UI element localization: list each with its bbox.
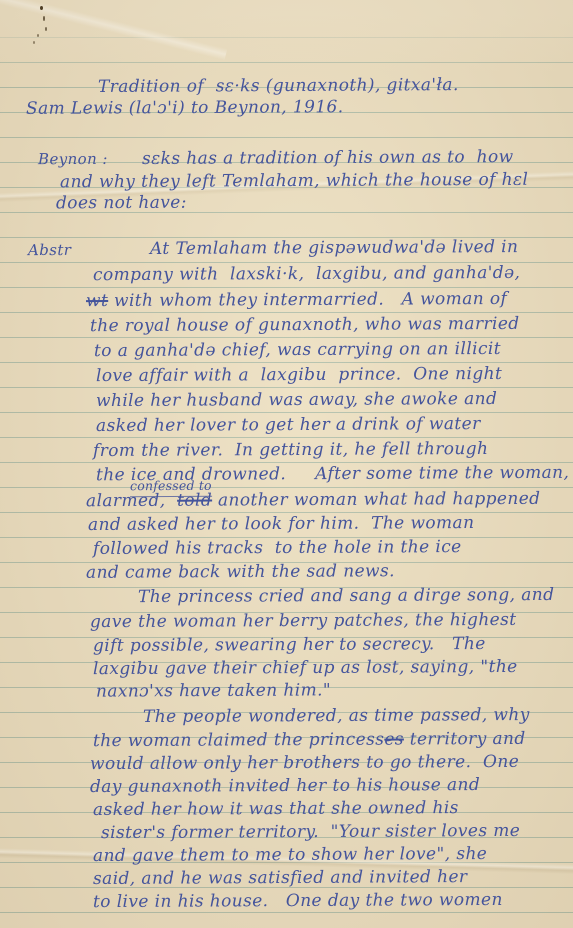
handwritten-line: asked her lover to get her a drink of wa… bbox=[96, 414, 481, 436]
handwritten-line: followed his tracks to the hole in the i… bbox=[93, 537, 462, 559]
handwritten-line: and came back with the sad news. bbox=[86, 561, 395, 583]
struck-word: es bbox=[384, 730, 404, 750]
handwritten-line: and gave them to me to show her love", s… bbox=[93, 844, 487, 866]
line-text: territory and bbox=[404, 729, 526, 750]
handwritten-line: The princess cried and sang a dirge song… bbox=[138, 585, 554, 607]
handwritten-line: sister's former territory. "Your sister … bbox=[101, 821, 520, 843]
speaker-label-abstr: Abstr bbox=[28, 240, 71, 260]
line-text: another woman what had happened bbox=[212, 489, 540, 511]
handwritten-line: would allow only her brothers to go ther… bbox=[90, 752, 519, 774]
ink-speck bbox=[43, 16, 45, 21]
handwritten-line: day gunaxnoth invited her to his house a… bbox=[90, 775, 480, 797]
ink-speck bbox=[40, 6, 43, 10]
handwritten-line: does not have: bbox=[56, 193, 187, 214]
ink-speck bbox=[33, 41, 35, 44]
handwritten-line: from the river. In getting it, he fell t… bbox=[93, 439, 488, 461]
title-line: Tradition of sɛ·ks (gunaxnoth), gitxa'ła… bbox=[98, 75, 459, 97]
handwritten-line: the woman claimed the princesses territo… bbox=[93, 729, 526, 751]
line-text: the woman claimed the princess bbox=[93, 730, 384, 752]
handwritten-line: while her husband was away, she awoke an… bbox=[96, 389, 497, 411]
line-text: alarmed, bbox=[86, 491, 177, 511]
handwritten-line: to a ganha'də chief, was carrying on an … bbox=[94, 339, 501, 361]
struck-word: wt bbox=[86, 291, 108, 311]
ink-speck bbox=[45, 27, 47, 31]
handwritten-line: the royal house of gunaxnoth, who was ma… bbox=[90, 314, 520, 336]
handwritten-line: love affair with a laxgibu prince. One n… bbox=[96, 364, 502, 386]
handwritten-line: gift possible, swearing her to secrecy. … bbox=[93, 634, 486, 656]
handwritten-line: wt with whom they intermarried. A woman … bbox=[86, 289, 507, 311]
handwritten-line: alarmed, told another woman what had hap… bbox=[86, 489, 541, 511]
handwritten-line: and why they left Temlaham, which the ho… bbox=[60, 170, 528, 192]
manuscript-page: Tradition of sɛ·ks (gunaxnoth), gitxa'ła… bbox=[0, 0, 573, 928]
attribution-line: Sam Lewis (la'ɔ'i) to Beynon, 1916. bbox=[26, 97, 344, 119]
handwritten-line: gave the woman her berry patches, the hi… bbox=[90, 610, 517, 632]
struck-word: told bbox=[177, 491, 212, 511]
handwritten-line: and asked her to look for him. The woman bbox=[88, 513, 475, 535]
speaker-label-beynon: Beynon : bbox=[38, 149, 108, 169]
handwritten-line: At Temlaham the gispəwudwa'də lived in bbox=[150, 237, 518, 259]
handwritten-line: said, and he was satisfied and invited h… bbox=[93, 867, 468, 889]
handwritten-line: The people wondered, as time passed, why bbox=[143, 705, 530, 727]
line-text: with whom they intermarried. A woman of bbox=[108, 289, 507, 311]
handwritten-line: company with laxski·k, laxgibu, and ganh… bbox=[93, 263, 520, 285]
ink-speck bbox=[37, 34, 39, 37]
handwritten-line: laxgibu gave their chief up as lost, say… bbox=[93, 657, 518, 679]
handwritten-line: naxnɔ'xs have taken him." bbox=[96, 680, 331, 701]
handwritten-line: sɛks has a tradition of his own as to ho… bbox=[142, 147, 514, 169]
handwritten-line: to live in his house. One day the two wo… bbox=[93, 890, 503, 912]
handwritten-line: asked her how it was that she owned his bbox=[93, 798, 459, 820]
